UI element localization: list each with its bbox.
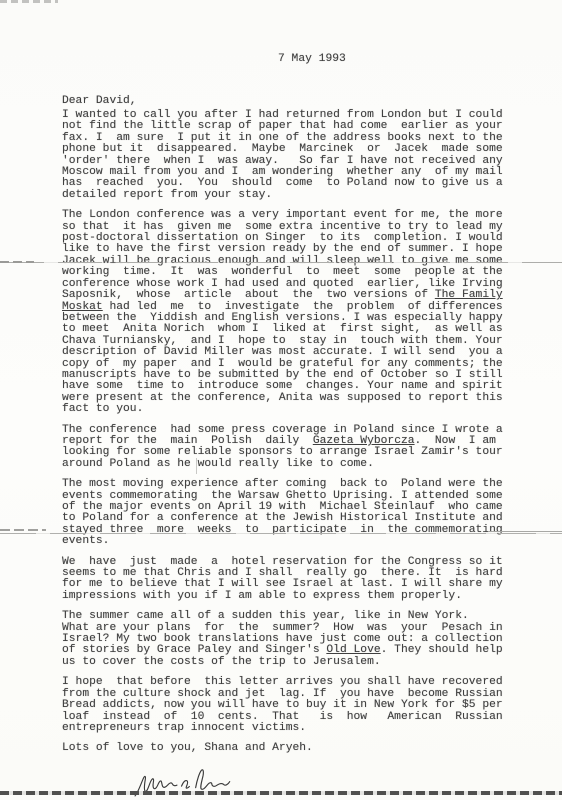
fold-line-artifact-lower-left-dashes [0, 529, 46, 531]
paragraph: I wanted to call you after I had returne… [62, 110, 510, 201]
letter-line: impressions with you if I am able to exp… [62, 591, 510, 602]
paragraph: The most moving experience after coming … [62, 479, 510, 547]
letter-line: detailed report from your stay. [62, 190, 510, 201]
scanned-letter-page: 7 May 1993 Dear David, I wanted to call … [0, 0, 562, 800]
paragraph: We have just made a hotel reservation fo… [62, 557, 510, 603]
paragraph: The conference had some press coverage i… [62, 425, 510, 471]
fold-line-artifact-upper [0, 262, 562, 263]
letter-line: fact to you. [62, 404, 510, 415]
scan-scratch-artifact [196, 458, 197, 474]
page-bottom-edge-artifact [0, 791, 562, 795]
letter-line: stayed three more weeks to participate i… [62, 525, 510, 536]
letter-paragraphs: I wanted to call you after I had returne… [62, 110, 510, 734]
paragraph: I hope that before this letter arrives y… [62, 677, 510, 734]
scan-artifact-top-left [0, 0, 58, 3]
letter-content: 7 May 1993 Dear David, I wanted to call … [62, 54, 510, 792]
letter-line: events. [62, 536, 510, 547]
letter-date: 7 May 1993 [278, 54, 510, 65]
fold-line-artifact-lower [0, 533, 562, 534]
paragraph: The summer came all of a sudden this yea… [62, 611, 510, 668]
letter-line: around Poland as he would really like to… [62, 459, 510, 470]
paragraph: The London conference was a very importa… [62, 210, 510, 415]
fold-line-artifact-lower-right-dash [488, 531, 562, 532]
letter-line: entrepreneurs trap innocent victims. [62, 723, 510, 734]
letter-salutation: Dear David, [62, 96, 510, 107]
letter-line: us to cover the costs of the trip to Jer… [62, 657, 510, 668]
fold-line-artifact-upper-left-dashes [0, 261, 34, 263]
